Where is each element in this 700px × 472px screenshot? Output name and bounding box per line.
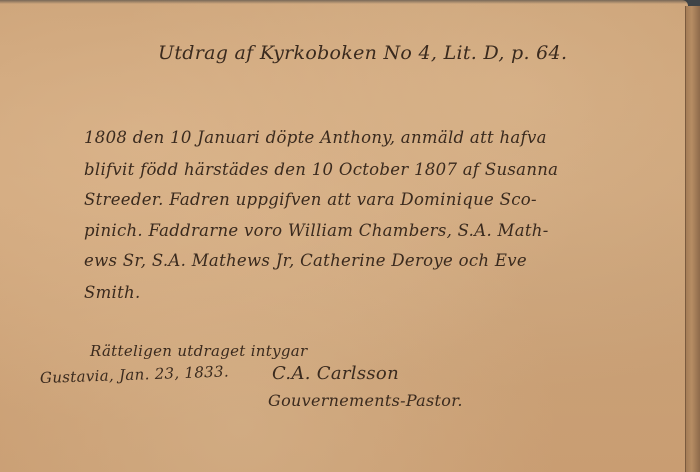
body-line: pinich. Faddrarne voro William Chambers,…	[84, 221, 549, 240]
attestation-text: Rätteligen utdraget intygar	[90, 342, 307, 360]
place-and-date: Gustavia, Jan. 23, 1833.	[40, 362, 229, 387]
document-heading: Utdrag af Kyrkoboken No 4, Lit. D, p. 64…	[158, 42, 567, 64]
page-top-shadow	[0, 0, 688, 4]
document-page: Utdrag af Kyrkoboken No 4, Lit. D, p. 64…	[0, 0, 688, 472]
body-line: blifvit född härstädes den 10 October 18…	[84, 160, 558, 179]
signatory-title: Gouvernements-Pastor.	[268, 391, 463, 410]
body-line: 1808 den 10 Januari döpte Anthony, anmäl…	[84, 128, 547, 147]
body-line: ews Sr, S.A. Mathews Jr, Catherine Deroy…	[84, 251, 527, 270]
body-line: Streeder. Fadren uppgifven att vara Domi…	[84, 190, 537, 209]
body-line: Smith.	[84, 283, 141, 302]
page-edge	[685, 6, 700, 472]
signature: C.A. Carlsson	[272, 363, 399, 384]
